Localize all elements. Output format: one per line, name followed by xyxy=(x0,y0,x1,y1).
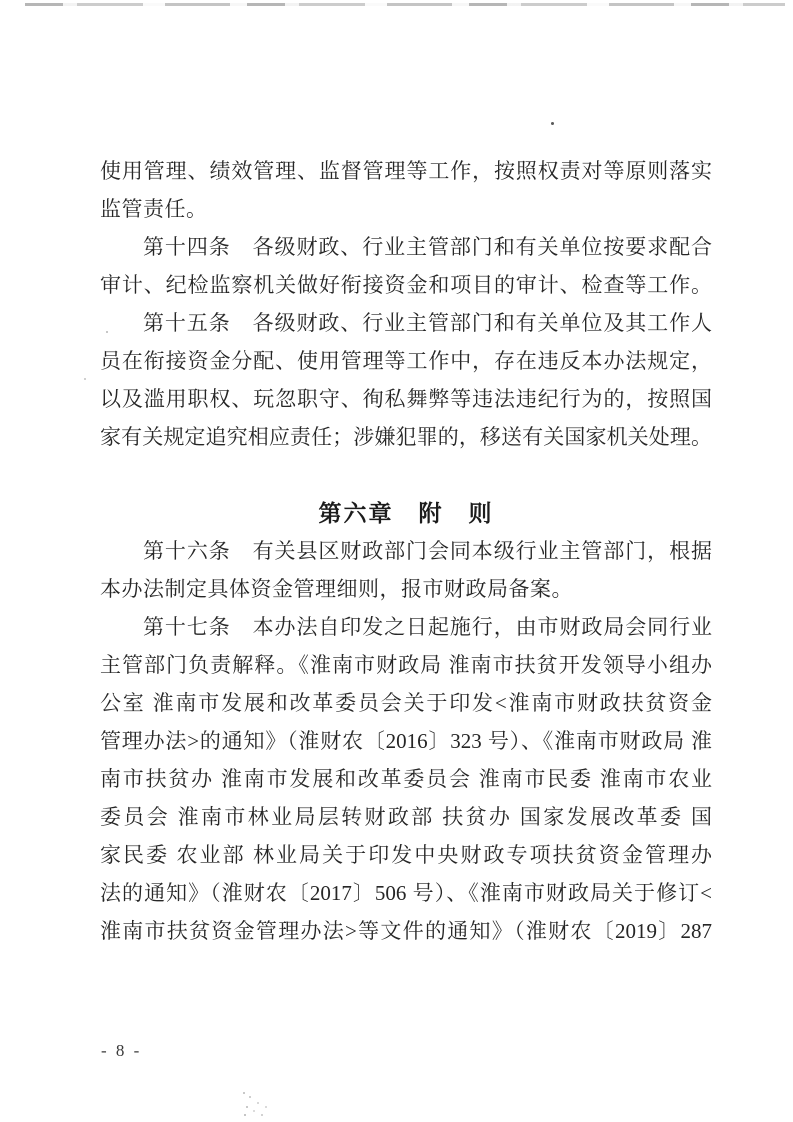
body-text-block: 使用管理、绩效管理、监督管理等工作，按照权责对等原则落实 监管责任。 第十四条 … xyxy=(100,152,712,950)
body-line: 审计、纪检监察机关做好衔接资金和项目的审计、检查等工作。 xyxy=(100,266,712,304)
body-line: 主管部门负责解释。《淮南市财政局 淮南市扶贫开发领导小组办 xyxy=(100,646,712,684)
body-line: 管理办法>的通知》（淮财农〔2016〕323 号）、《淮南市财政局 淮 xyxy=(100,722,712,760)
body-line: 公室 淮南市发展和改革委员会关于印发<淮南市财政扶贫资金 xyxy=(100,684,712,722)
chapter-heading: 第六章 附 则 xyxy=(100,494,712,532)
ink-speck xyxy=(551,122,554,125)
scan-noise-cluster xyxy=(243,1092,245,1094)
body-line: 法的通知》（淮财农〔2017〕506 号）、《淮南市财政局关于修订< xyxy=(100,874,712,912)
ink-speck xyxy=(84,378,86,380)
body-line-article-14: 第十四条 各级财政、行业主管部门和有关单位按要求配合 xyxy=(100,228,712,266)
body-line: 家有关规定追究相应责任；涉嫌犯罪的，移送有关国家机关处理。 xyxy=(100,418,712,456)
body-line: 员在衔接资金分配、使用管理等工作中，存在违反本办法规定， xyxy=(100,342,712,380)
body-line: 南市扶贫办 淮南市发展和改革委员会 淮南市民委 淮南市农业 xyxy=(100,760,712,798)
body-line: 家民委 农业部 林业局关于印发中央财政专项扶贫资金管理办 xyxy=(100,836,712,874)
body-line: 委员会 淮南市林业局层转财政部 扶贫办 国家发展改革委 国 xyxy=(100,798,712,836)
body-line: 淮南市扶贫资金管理办法>等文件的通知》（淮财农〔2019〕287 xyxy=(100,912,712,950)
body-line-article-16: 第十六条 有关县区财政部门会同本级行业主管部门，根据 xyxy=(100,532,712,570)
body-line-article-17: 第十七条 本办法自印发之日起施行，由市财政局会同行业 xyxy=(100,608,712,646)
body-line: 本办法制定具体资金管理细则，报市财政局备案。 xyxy=(100,570,712,608)
body-line: 监管责任。 xyxy=(100,190,712,228)
scan-artifact-line xyxy=(25,3,785,6)
page-number: - 8 - xyxy=(101,1041,142,1061)
body-line: 使用管理、绩效管理、监督管理等工作，按照权责对等原则落实 xyxy=(100,152,712,190)
body-line-article-15: 第十五条 各级财政、行业主管部门和有关单位及其工作人 xyxy=(100,304,712,342)
document-page: 使用管理、绩效管理、监督管理等工作，按照权责对等原则落实 监管责任。 第十四条 … xyxy=(0,0,793,1122)
body-line: 以及滥用职权、玩忽职守、徇私舞弊等违法违纪行为的，按照国 xyxy=(100,380,712,418)
